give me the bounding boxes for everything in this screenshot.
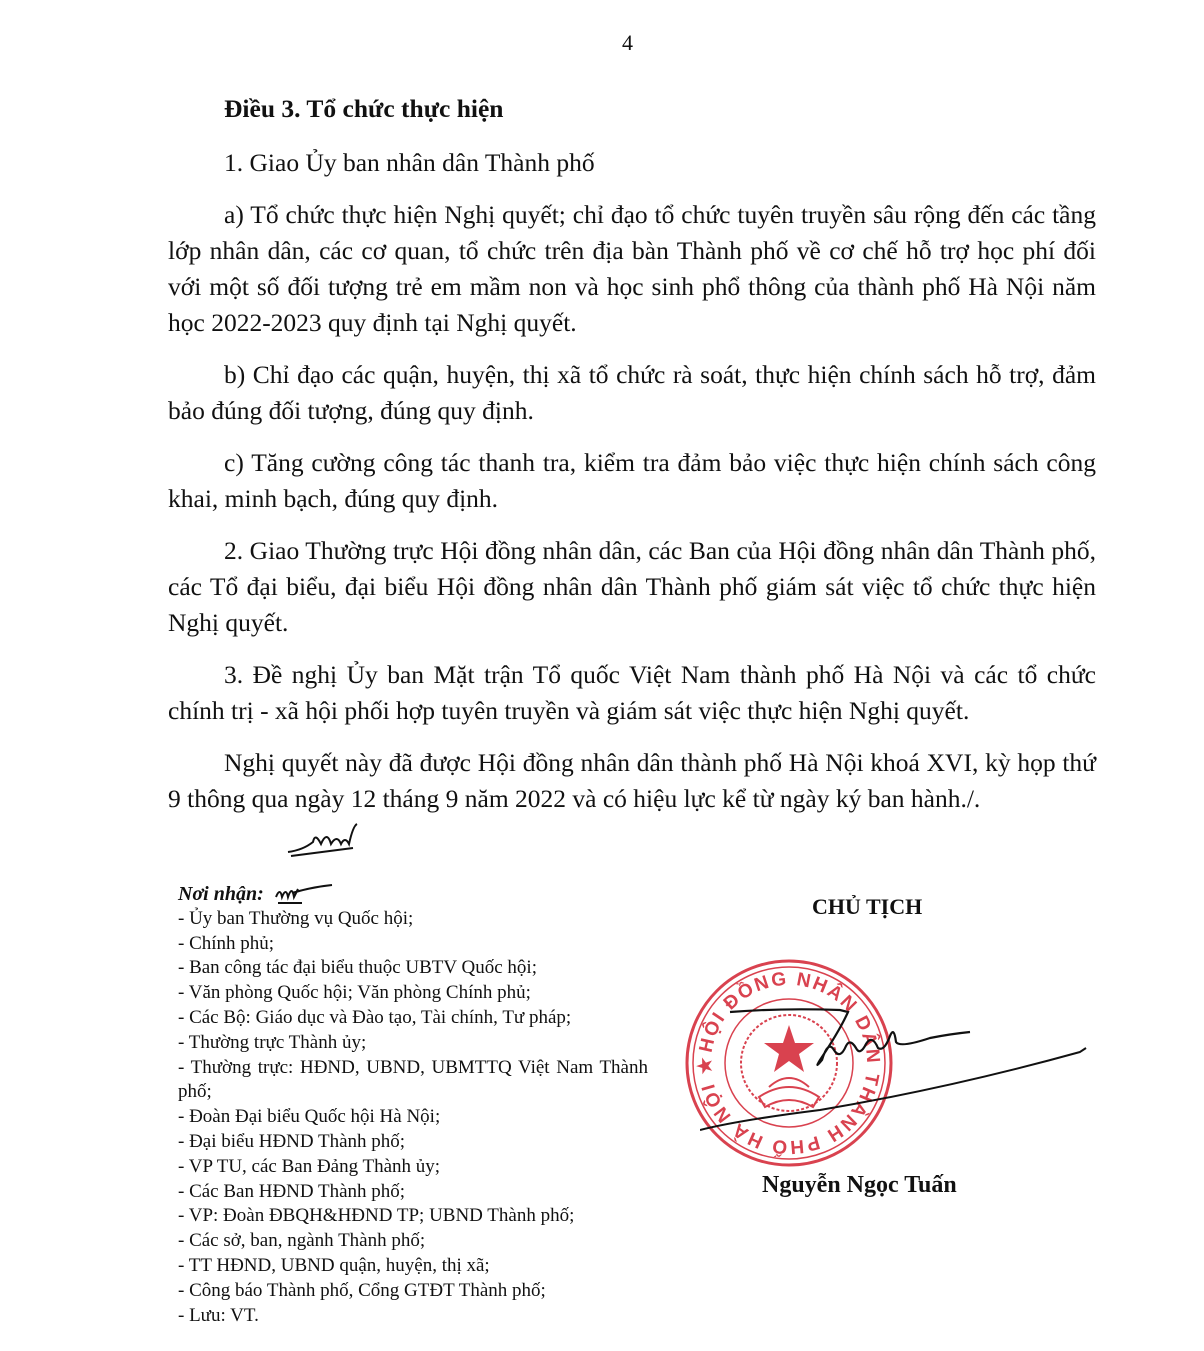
recipient-item: - VP: Đoàn ĐBQH&HĐND TP; UBND Thành phố; — [178, 1204, 658, 1229]
recipient-item: - Thường trực: HĐND, UBND, UBMTTQ Việt N… — [178, 1056, 648, 1106]
article-body: 1. Giao Ủy ban nhân dân Thành phố a) Tổ … — [168, 145, 1096, 817]
signer-name: Nguyễn Ngọc Tuấn — [762, 1172, 957, 1199]
article-heading: Điều 3. Tổ chức thực hiện — [224, 94, 503, 124]
initials-mark-icon — [272, 883, 342, 907]
clause-1a: a) Tổ chức thực hiện Nghị quyết; chỉ đạo… — [168, 197, 1096, 341]
clause-1: 1. Giao Ủy ban nhân dân Thành phố — [168, 145, 1096, 181]
page-number: 4 — [622, 30, 633, 56]
recipient-item: - Chính phủ; — [178, 932, 658, 957]
recipient-item: - Ban công tác đại biểu thuộc UBTV Quốc … — [178, 956, 658, 981]
recipient-item: - VP TU, các Ban Đảng Thành ủy; — [178, 1155, 658, 1180]
recipients-list: - Ủy ban Thường vụ Quốc hội; - Chính phủ… — [178, 907, 658, 1329]
recipient-item: - Thường trực Thành ủy; — [178, 1031, 658, 1056]
recipient-item: - Lưu: VT. — [178, 1304, 658, 1329]
clause-1c: c) Tăng cường công tác thanh tra, kiểm t… — [168, 445, 1096, 517]
recipient-item: - Đoàn Đại biểu Quốc hội Hà Nội; — [178, 1105, 658, 1130]
recipients-block: Nơi nhận: - Ủy ban Thường vụ Quốc hội; -… — [178, 882, 658, 1328]
recipient-item: - Các sở, ban, ngành Thành phố; — [178, 1229, 658, 1254]
handwritten-signature-icon — [700, 990, 1100, 1140]
clause-3: 3. Đề nghị Ủy ban Mặt trận Tổ quốc Việt … — [168, 657, 1096, 729]
effectivity-paragraph: Nghị quyết này đã được Hội đồng nhân dân… — [168, 745, 1096, 817]
clause-2: 2. Giao Thường trực Hội đồng nhân dân, c… — [168, 533, 1096, 641]
recipient-item: - Các Bộ: Giáo dục và Đào tạo, Tài chính… — [178, 1006, 658, 1031]
recipient-item: - TT HĐND, UBND quận, huyện, thị xã; — [178, 1254, 658, 1279]
clause-1b: b) Chỉ đạo các quận, huyện, thị xã tổ ch… — [168, 357, 1096, 429]
recipients-title: Nơi nhận: — [178, 882, 264, 907]
recipient-item: - Các Ban HĐND Thành phố; — [178, 1180, 658, 1205]
initials-mark-icon — [283, 822, 373, 862]
signer-title: CHỦ TỊCH — [812, 894, 922, 920]
recipient-item: - Ủy ban Thường vụ Quốc hội; — [178, 907, 658, 932]
recipient-item: - Văn phòng Quốc hội; Văn phòng Chính ph… — [178, 981, 658, 1006]
recipient-item: - Đại biểu HĐND Thành phố; — [178, 1130, 658, 1155]
recipient-item: - Công báo Thành phố, Cổng GTĐT Thành ph… — [178, 1279, 658, 1304]
